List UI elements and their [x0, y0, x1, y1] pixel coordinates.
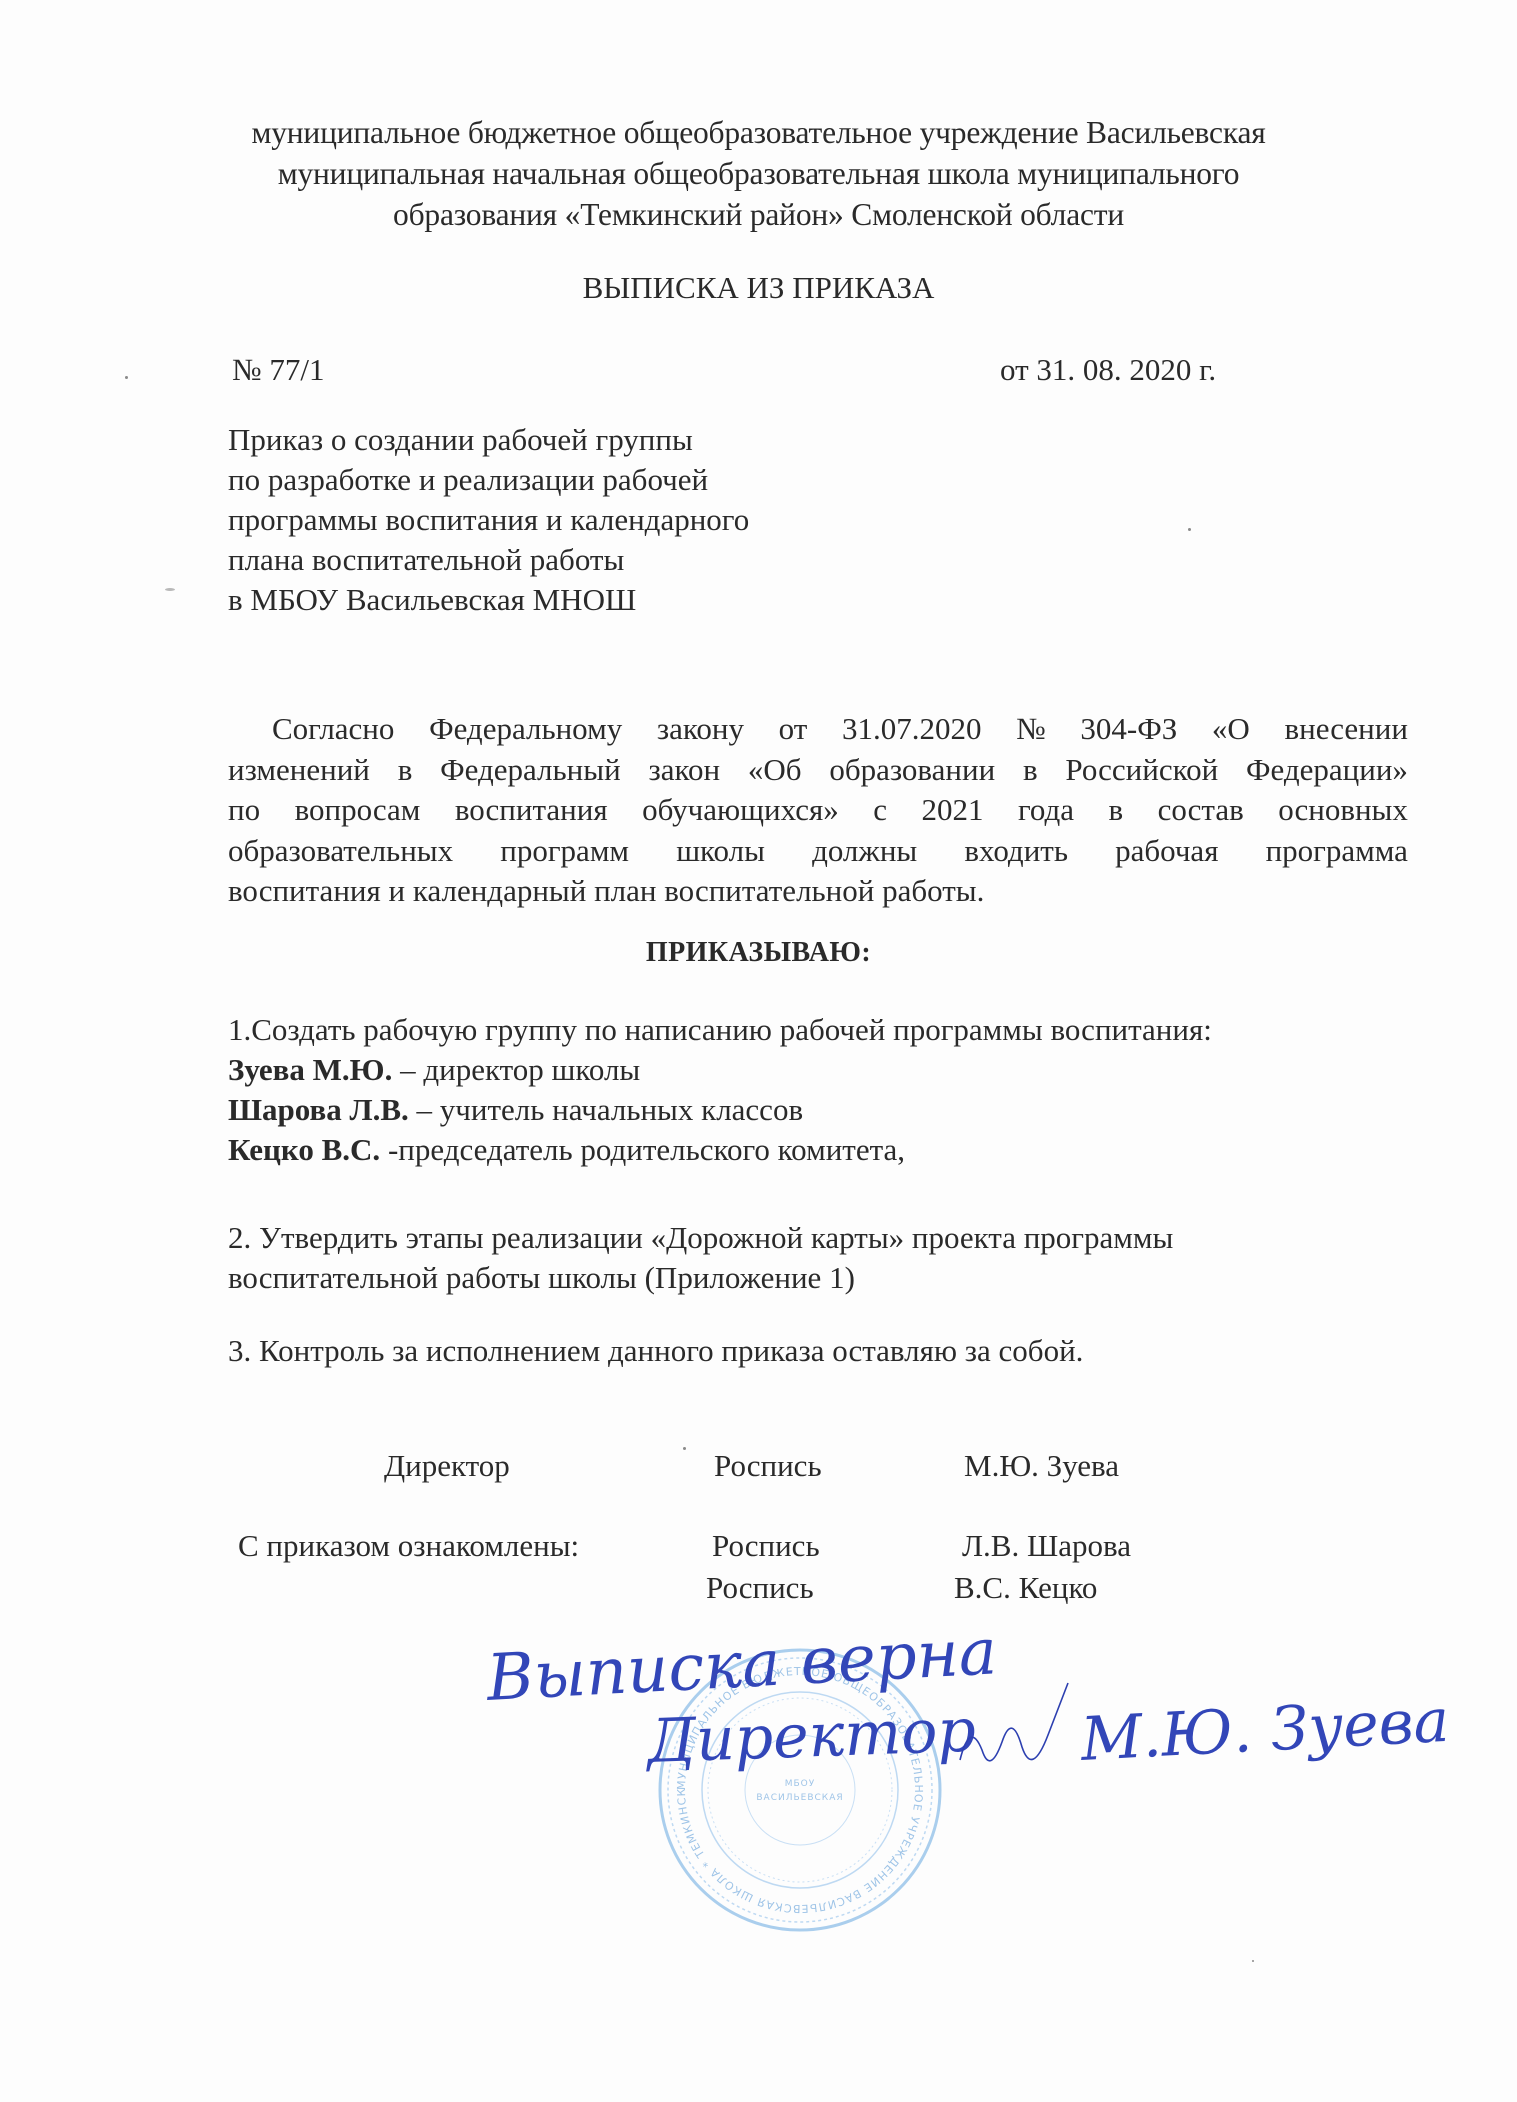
handwritten-certification: Выписка верна Директор М.Ю. Зуева — [484, 1615, 1451, 1777]
scan-artifact — [1188, 528, 1191, 531]
scan-artifact — [683, 1447, 686, 1450]
scan-artifact — [165, 588, 175, 591]
handwritten-director: Директор — [643, 1696, 977, 1778]
scan-artifact — [1252, 1960, 1254, 1962]
svg-text:МБОУ: МБОУ — [785, 1779, 816, 1789]
svg-text:ВАСИЛЬЕВСКАЯ: ВАСИЛЬЕВСКАЯ — [756, 1793, 843, 1803]
scan-artifact — [125, 376, 128, 379]
handwritten-name: М.Ю. Зуева — [1078, 1686, 1451, 1775]
certification-overlay: МУНИЦИПАЛЬНОЕ БЮДЖЕТНОЕ ОБЩЕОБРАЗОВАТЕЛЬ… — [0, 0, 1517, 2102]
document-page: муниципальное бюджетное общеобразователь… — [0, 0, 1517, 2102]
